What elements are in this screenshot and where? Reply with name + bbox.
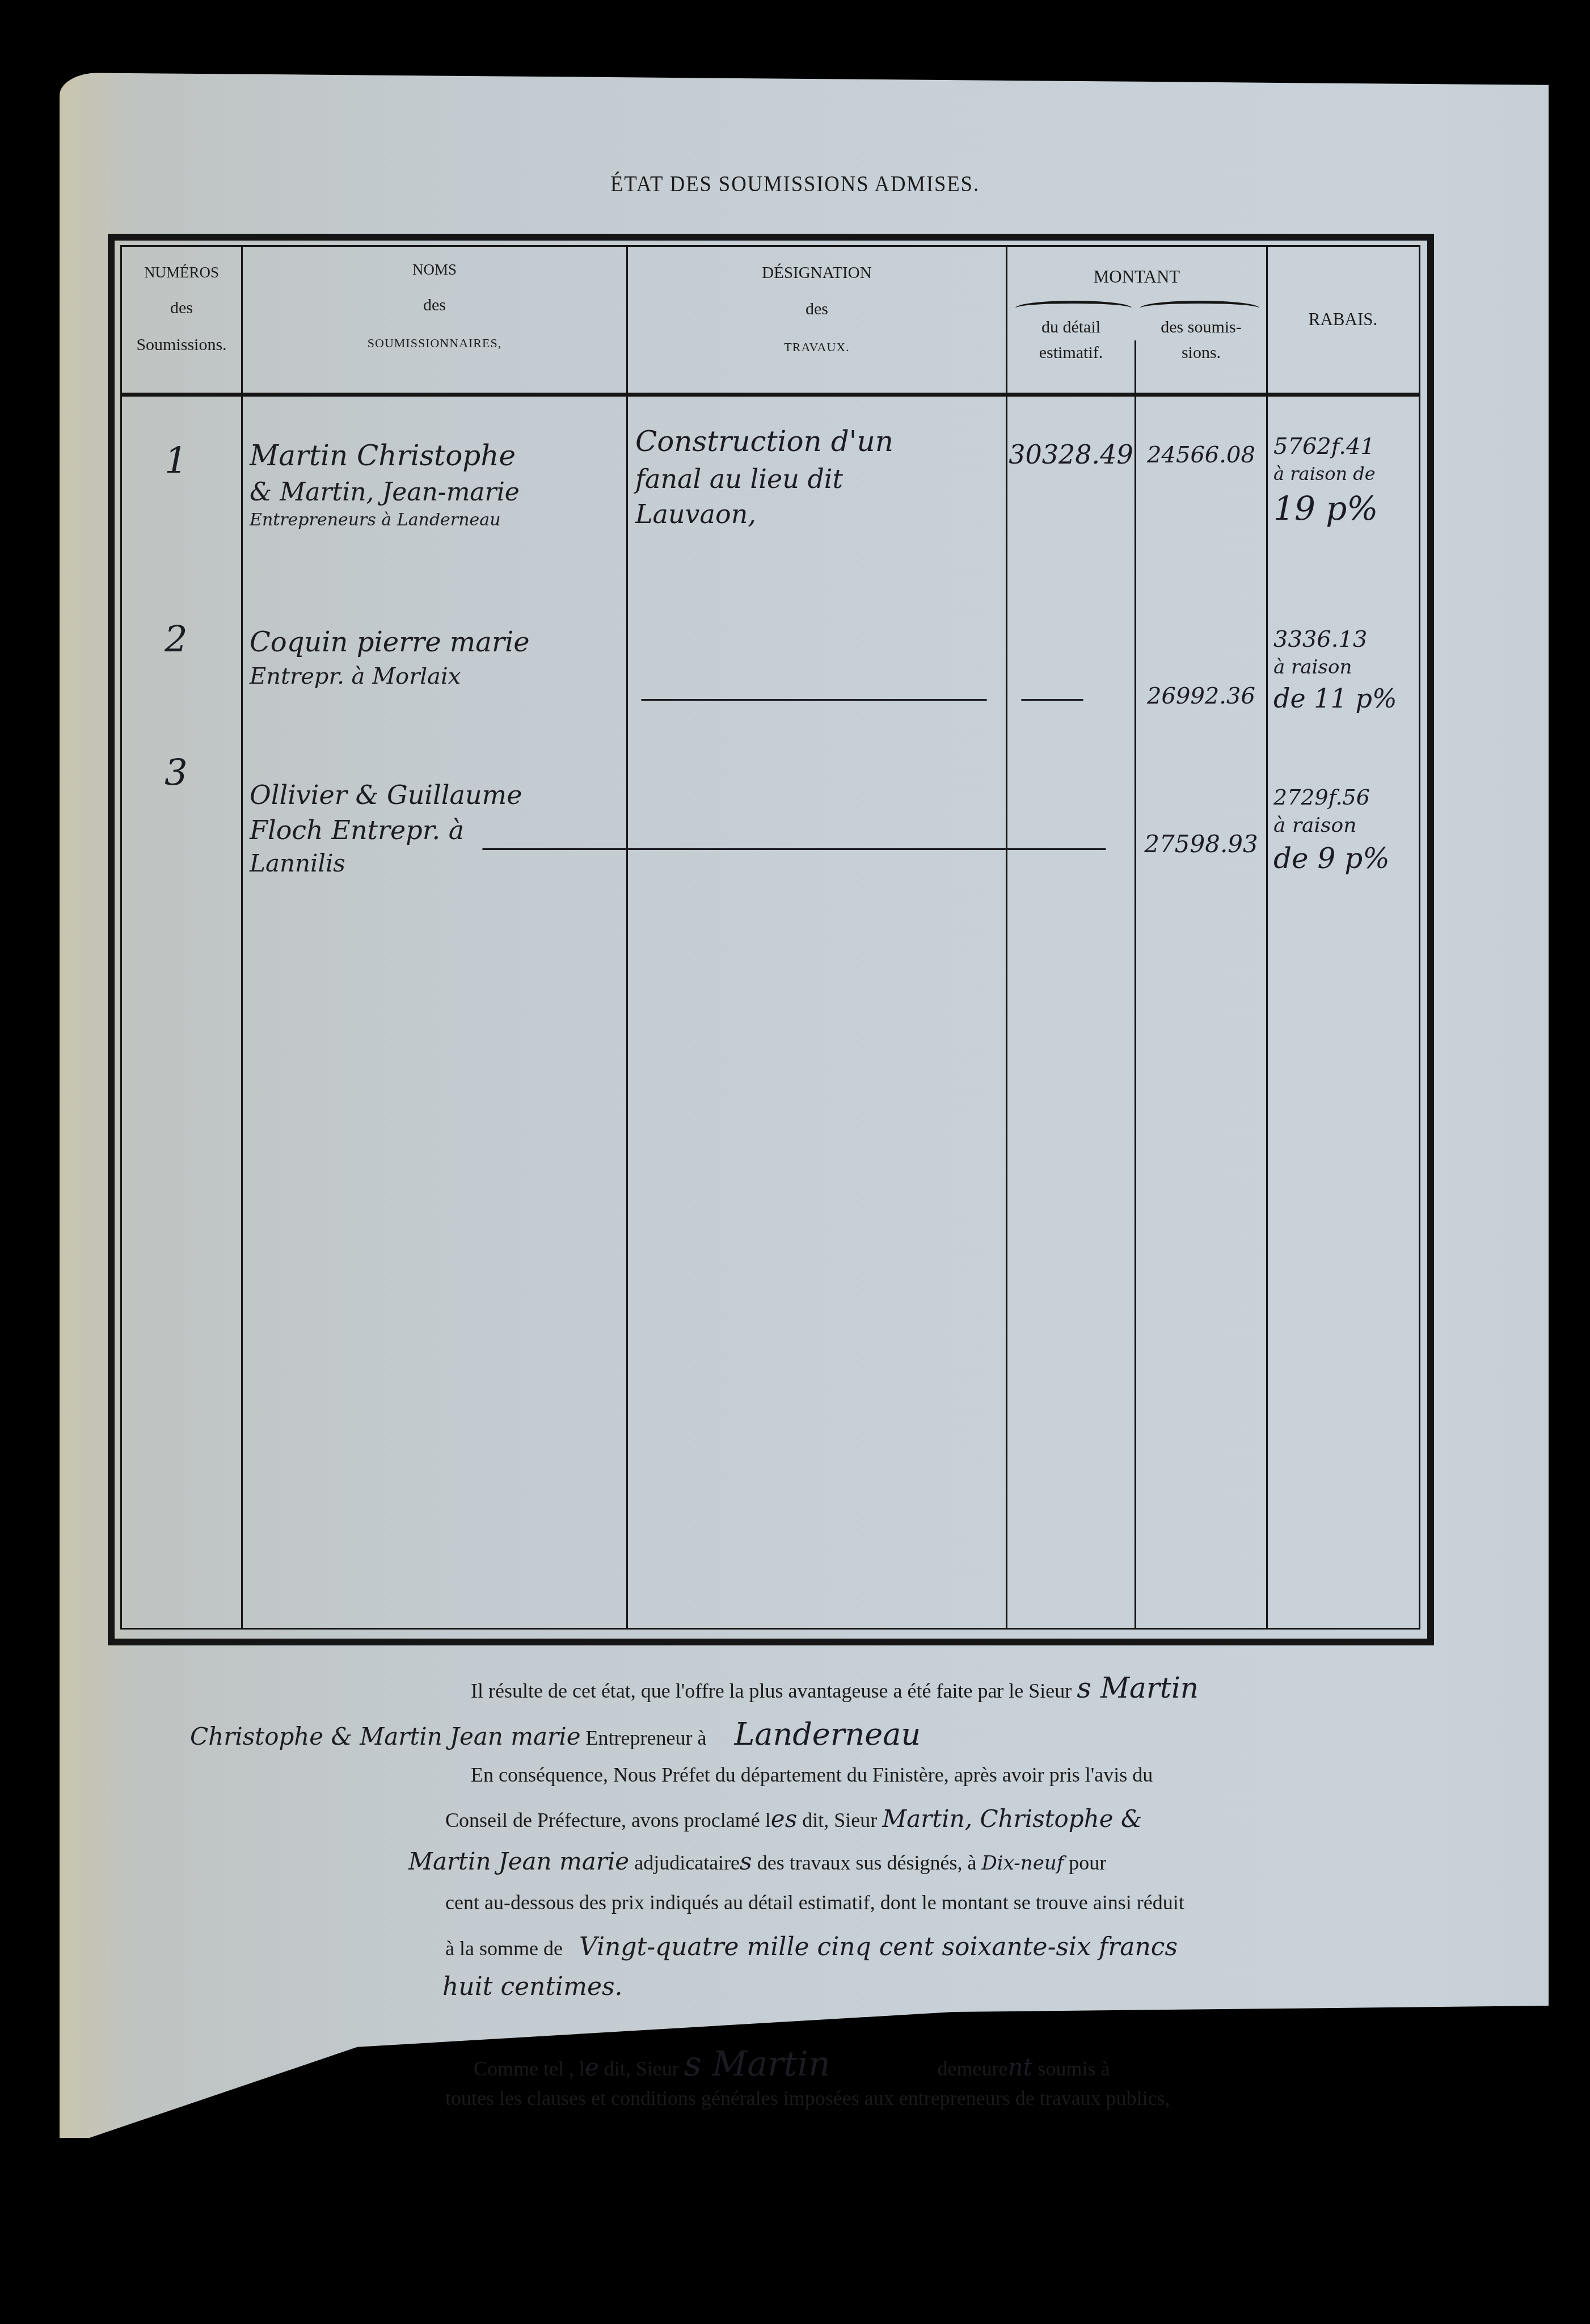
- name-line: Coquin pierre marie: [250, 624, 624, 661]
- header-text: Soumissions.: [122, 335, 241, 355]
- paragraph-consequence-line5: à la somme de Vingt-quatre mille cinq ce…: [445, 1935, 1178, 1960]
- rabais-line: 3336.13: [1273, 624, 1432, 655]
- name-line: Ollivier & Guillaume: [250, 777, 624, 812]
- rabais-line: 19 p%: [1273, 486, 1432, 531]
- paragraph-comme-tel-line1: Comme tel , le dit, Sieur s Martin demeu…: [474, 2047, 1110, 2081]
- printed-text: dit, Sieur: [802, 1809, 877, 1832]
- designation-line: fanal au lieu dit: [635, 461, 1004, 496]
- name-line: Floch Entrepr. à: [250, 812, 624, 848]
- header-rabais: RABAIS.: [1268, 309, 1418, 330]
- column-divider: [626, 247, 628, 1629]
- designation-line: Lauvaon,: [635, 496, 1004, 532]
- printed-text: adjudicataire: [634, 1851, 740, 1874]
- handwritten-entry: Landerneau: [734, 1716, 921, 1752]
- printed-text: Entrepreneur à: [586, 1727, 707, 1749]
- handwritten-entry: Christophe & Martin Jean marie: [190, 1723, 581, 1750]
- header-text: des: [243, 296, 626, 315]
- paragraph-result-line2: Christophe & Martin Jean marie Entrepren…: [190, 1719, 921, 1750]
- header-text: sions.: [1136, 343, 1266, 363]
- column-divider: [241, 247, 243, 1629]
- row-1-designation: Construction d'un fanal au lieu dit Lauv…: [635, 423, 1004, 532]
- header-text: des: [628, 300, 1006, 319]
- handwritten-amount: Vingt-quatre mille cinq cent soixante-si…: [579, 1933, 1178, 1961]
- header-detail-estimatif: du détail estimatif.: [1007, 318, 1134, 363]
- paragraph-consequence-line3: Martin Jean marie adjudicataires des tra…: [408, 1850, 1106, 1873]
- handwritten-entry: nt: [1007, 2053, 1032, 2081]
- row-3-rabais: 2729f.56 à raison de 9 p%: [1273, 783, 1432, 878]
- paragraph-comme-tel-line2: toutes les clauses et conditions général…: [445, 2088, 1170, 2108]
- row-3-soumission: 27598.93: [1136, 828, 1266, 861]
- rabais-line: de 9 p%: [1273, 840, 1432, 878]
- printed-text: Comme tel , l: [474, 2057, 585, 2080]
- row-2-numero: 2: [165, 616, 188, 664]
- printed-text: soumis à: [1037, 2057, 1110, 2080]
- printed-text: dit, Sieur: [604, 2057, 679, 2080]
- row-1-detail-estimatif: 30328.49: [1007, 437, 1134, 472]
- designation-line: Construction d'un: [635, 423, 1004, 461]
- row-2-rabais: 3336.13 à raison de 11 p%: [1273, 624, 1432, 716]
- header-rule: [122, 393, 1420, 397]
- printed-text: à la somme de: [445, 1937, 563, 1960]
- header-text: estimatif.: [1007, 343, 1134, 363]
- row-3-noms: Ollivier & Guillaume Floch Entrepr. à La…: [250, 777, 624, 880]
- name-line: Lannilis: [250, 848, 624, 880]
- name-line: & Martin, Jean-marie: [250, 475, 624, 509]
- paragraph-result-line1: Il résulte de cet état, que l'offre la p…: [471, 1674, 1199, 1702]
- ditto-mark: [1021, 699, 1083, 701]
- rabais-line: 5762f.41: [1273, 431, 1432, 462]
- header-montant: MONTANT: [1007, 267, 1266, 287]
- handwritten-entry: s Martin: [1077, 1672, 1199, 1704]
- paragraph-consequence-line4: cent au-dessous des prix indiqués au dét…: [445, 1892, 1184, 1913]
- ditto-mark: [482, 848, 1106, 850]
- header-text: NUMÉROS: [122, 264, 241, 281]
- column-divider: [1266, 247, 1268, 1629]
- row-1-rabais: 5762f.41 à raison de 19 p%: [1273, 431, 1432, 531]
- printed-text: Conseil de Préfecture, avons proclamé l: [445, 1809, 771, 1832]
- header-soumissions: des soumis- sions.: [1136, 318, 1266, 363]
- handwritten-entry: s Martin: [684, 2044, 830, 2084]
- header-text: SOUMISSIONNAIRES,: [243, 336, 626, 350]
- header-text: des: [122, 298, 241, 318]
- header-text: NOMS: [243, 261, 626, 279]
- column-divider: [1134, 340, 1136, 1629]
- handwritten-entry: e: [585, 2053, 599, 2081]
- row-1-noms: Martin Christophe & Martin, Jean-marie E…: [250, 437, 624, 532]
- paragraph-consequence-line2: Conseil de Préfecture, avons proclamé le…: [445, 1807, 1142, 1831]
- rabais-line: à raison: [1273, 655, 1432, 681]
- ditto-mark: [641, 699, 987, 701]
- rabais-line: à raison de: [1273, 462, 1432, 486]
- paragraph-consequence-line1: En conséquence, Nous Préfet du départeme…: [471, 1765, 1153, 1785]
- handwritten-entry: Martin Jean marie: [408, 1847, 629, 1875]
- printed-text: des travaux sus désignés, à: [757, 1851, 977, 1874]
- row-2-soumission: 26992.36: [1136, 681, 1266, 711]
- name-line: Entrepr. à Morlaix: [250, 661, 624, 692]
- page-title: ÉTAT DES SOUMISSIONS ADMISES.: [64, 170, 1526, 197]
- name-line: Martin Christophe: [250, 437, 624, 475]
- header-text: du détail: [1007, 318, 1134, 338]
- rabais-line: 2729f.56: [1273, 783, 1432, 812]
- row-3-numero: 3: [165, 749, 188, 798]
- name-line: Entrepreneurs à Landerneau: [250, 509, 624, 532]
- header-numeros: NUMÉROS des Soumissions.: [122, 264, 241, 355]
- header-text: DÉSIGNATION: [628, 264, 1006, 283]
- handwritten-entry: Martin, Christophe &: [882, 1805, 1142, 1833]
- header-text: des soumis-: [1136, 318, 1266, 338]
- row-1-numero: 1: [165, 437, 188, 486]
- row-1-soumission: 24566.08: [1136, 440, 1266, 470]
- handwritten-entry: Dix-neuf: [982, 1852, 1064, 1875]
- handwritten-entry: es: [771, 1805, 797, 1833]
- header-text: TRAVAUX.: [628, 340, 1006, 354]
- header-noms: NOMS des SOUMISSIONNAIRES,: [243, 261, 626, 350]
- header-designation: DÉSIGNATION des TRAVAUX.: [628, 264, 1006, 354]
- rabais-line: à raison: [1273, 812, 1432, 840]
- handwritten-amount-cont: huit centimes.: [442, 1974, 623, 1999]
- printed-text: Il résulte de cet état, que l'offre la p…: [471, 1679, 1072, 1702]
- handwritten-entry: s: [740, 1847, 752, 1875]
- printed-text: demeure: [938, 2057, 1008, 2080]
- rabais-line: de 11 p%: [1273, 681, 1432, 716]
- row-2-noms: Coquin pierre marie Entrepr. à Morlaix: [250, 624, 624, 692]
- printed-text: pour: [1069, 1851, 1106, 1874]
